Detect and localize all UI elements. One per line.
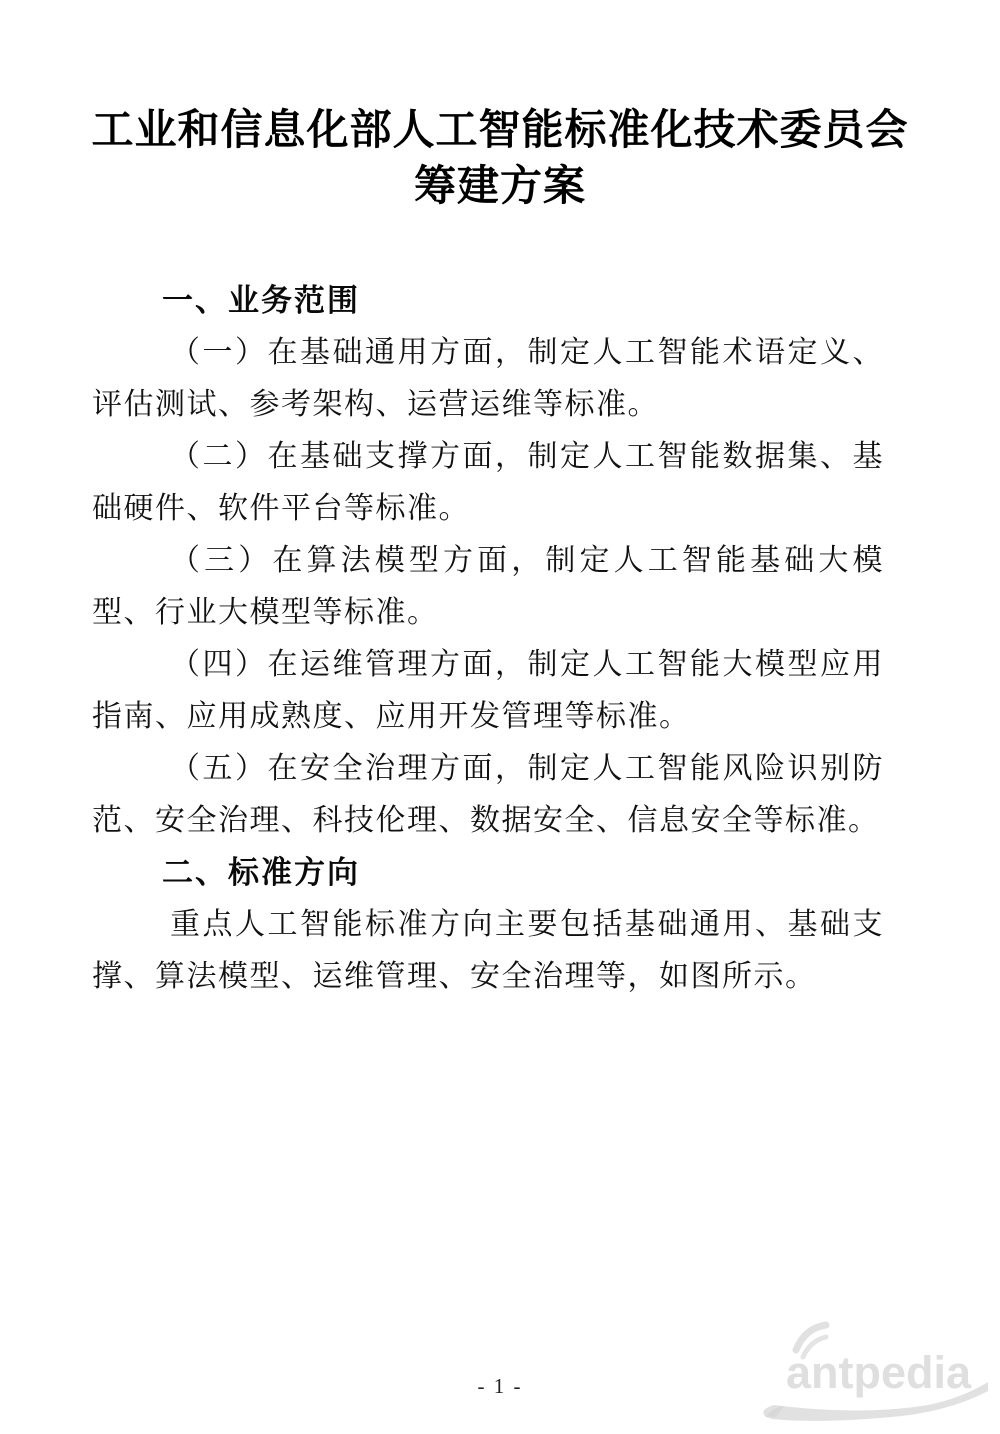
paragraph-basic-support: （二）在基础支撑方面，制定人工智能数据集、基础硬件、软件平台等标准。 [92,431,884,535]
document-title-line1: 工业和信息化部人工智能标准化技术委员会 [0,103,1000,159]
section-heading-standard-direction: 二、标准方向 [92,847,884,899]
document-title: 工业和信息化部人工智能标准化技术委员会 筹建方案 [0,0,1000,215]
document-title-line2: 筹建方案 [0,159,1000,215]
document-page: 工业和信息化部人工智能标准化技术委员会 筹建方案 一、业务范围 （一）在基础通用… [0,0,1000,1434]
paragraph-algorithm-model: （三）在算法模型方面，制定人工智能基础大模型、行业大模型等标准。 [92,535,884,639]
page-number: - 1 - [478,1374,523,1398]
document-body: 一、业务范围 （一）在基础通用方面，制定人工智能术语定义、评估测试、参考架构、运… [0,275,1000,1003]
paragraph-security-governance: （五）在安全治理方面，制定人工智能风险识别防范、安全治理、科技伦理、数据安全、信… [92,743,884,847]
paragraph-ops-management: （四）在运维管理方面，制定人工智能大模型应用指南、应用成熟度、应用开发管理等标准… [92,639,884,743]
antpedia-logo-icon: antpedia [750,1320,990,1422]
paragraph-key-directions: 重点人工智能标准方向主要包括基础通用、基础支撑、算法模型、运维管理、安全治理等，… [92,899,884,1003]
antpedia-watermark: antpedia [750,1320,990,1422]
watermark-text: antpedia [786,1347,972,1398]
paragraph-basic-general: （一）在基础通用方面，制定人工智能术语定义、评估测试、参考架构、运营运维等标准。 [92,327,884,431]
section-heading-business-scope: 一、业务范围 [92,275,884,327]
